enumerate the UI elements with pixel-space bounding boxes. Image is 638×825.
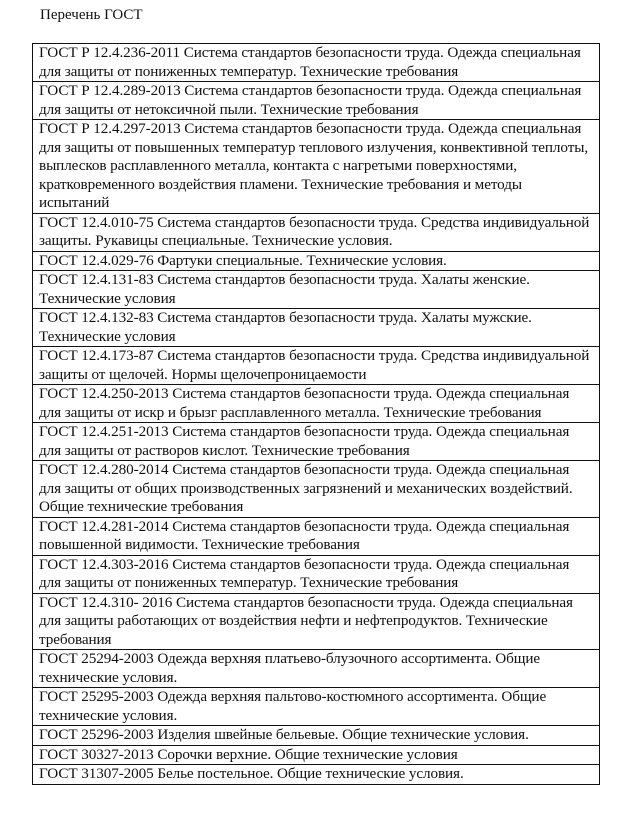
table-row: ГОСТ 12.4.251-2013 Система стандартов бе… [33,423,600,461]
gost-entry: ГОСТ 12.4.173-87 Система стандартов безо… [33,347,600,385]
gost-entry: ГОСТ 12.4.131-83 Система стандартов безо… [33,271,600,309]
table-row: ГОСТ 12.4.250-2013 Система стандартов бе… [33,385,600,423]
gost-entry: ГОСТ 12.4.010-75 Система стандартов безо… [33,213,600,251]
gost-entry: ГОСТ 12.4.029-76 Фартуки специальные. Те… [33,251,600,271]
gost-entry: ГОСТ 25295-2003 Одежда верхняя пальтово-… [33,688,600,726]
table-row: ГОСТ Р 12.4.297-2013 Система стандартов … [33,120,600,214]
table-row: ГОСТ 12.4.131-83 Система стандартов безо… [33,271,600,309]
table-row: ГОСТ 12.4.029-76 Фартуки специальные. Те… [33,251,600,271]
table-row: ГОСТ 12.4.310- 2016 Система стандартов б… [33,593,600,650]
gost-entry: ГОСТ 12.4.250-2013 Система стандартов бе… [33,385,600,423]
table-row: ГОСТ 12.4.132-83 Система стандартов безо… [33,309,600,347]
gost-entry: ГОСТ 12.4.280-2014 Система стандартов бе… [33,461,600,518]
gost-entry: ГОСТ Р 12.4.297-2013 Система стандартов … [33,120,600,214]
table-row: ГОСТ 12.4.173-87 Система стандартов безо… [33,347,600,385]
gost-entry: ГОСТ 12.4.132-83 Система стандартов безо… [33,309,600,347]
gost-entry: ГОСТ 31307-2005 Белье постельное. Общие … [33,765,600,785]
table-row: ГОСТ 31307-2005 Белье постельное. Общие … [33,765,600,785]
gost-entry: ГОСТ Р 12.4.236-2011 Система стандартов … [33,44,600,82]
gost-entry: ГОСТ 30327-2013 Сорочки верхние. Общие т… [33,745,600,765]
gost-entry: ГОСТ 25294-2003 Одежда верхняя платьево-… [33,650,600,688]
document-title: Перечень ГОСТ [40,6,143,24]
table-row: ГОСТ Р 12.4.236-2011 Система стандартов … [33,44,600,82]
table-row: ГОСТ 25295-2003 Одежда верхняя пальтово-… [33,688,600,726]
table-row: ГОСТ 12.4.280-2014 Система стандартов бе… [33,461,600,518]
gost-entry: ГОСТ Р 12.4.289-2013 Система стандартов … [33,82,600,120]
gost-list-table: ГОСТ Р 12.4.236-2011 Система стандартов … [32,43,600,785]
table-row: ГОСТ Р 12.4.289-2013 Система стандартов … [33,82,600,120]
table-row: ГОСТ 30327-2013 Сорочки верхние. Общие т… [33,745,600,765]
table-row: ГОСТ 25296-2003 Изделия швейные бельевые… [33,726,600,746]
table-row: ГОСТ 12.4.010-75 Система стандартов безо… [33,213,600,251]
table-row: ГОСТ 12.4.281-2014 Система стандартов бе… [33,517,600,555]
gost-entry: ГОСТ 25296-2003 Изделия швейные бельевые… [33,726,600,746]
gost-entry: ГОСТ 12.4.281-2014 Система стандартов бе… [33,517,600,555]
gost-entry: ГОСТ 12.4.310- 2016 Система стандартов б… [33,593,600,650]
table-row: ГОСТ 25294-2003 Одежда верхняя платьево-… [33,650,600,688]
table-row: ГОСТ 12.4.303-2016 Система стандартов бе… [33,555,600,593]
gost-entry: ГОСТ 12.4.251-2013 Система стандартов бе… [33,423,600,461]
gost-entry: ГОСТ 12.4.303-2016 Система стандартов бе… [33,555,600,593]
